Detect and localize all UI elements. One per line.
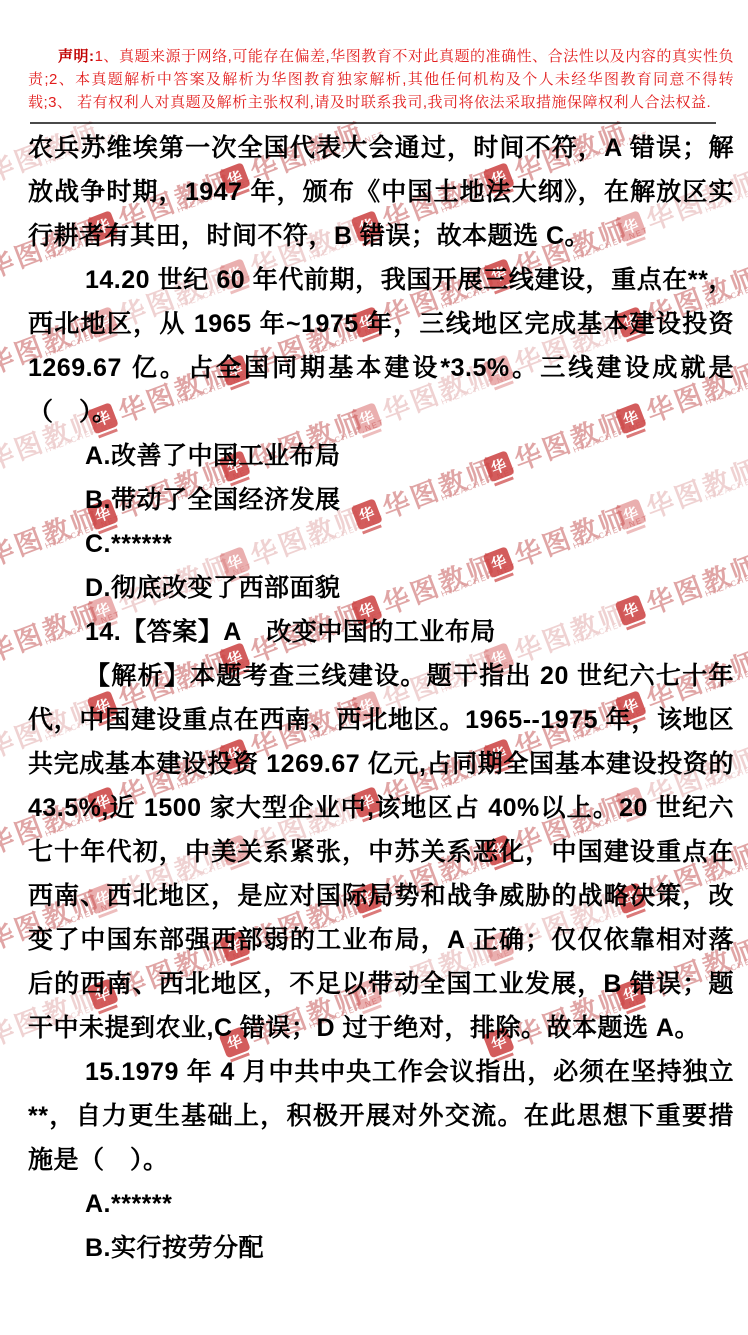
header-separator-line [30, 122, 716, 124]
document-page: 华华图教师HTEACHER.NET华华图教师HTEACHER.NET华华图教师H… [0, 0, 748, 1335]
option-15-a: A.****** [28, 1182, 734, 1226]
option-15-b: B.实行按劳分配 [28, 1226, 734, 1270]
option-14-b: B.带动了全国经济发展 [28, 478, 734, 522]
disclaimer-text: 1、真题来源于网络,可能存在偏差,华图教育不对此真题的准确性、合法性以及内容的真… [28, 48, 734, 111]
question-14: 14.20 世纪 60 年代前期，我国开展三线建设，重点在**，西北地区，从 1… [28, 258, 734, 434]
exam-analysis-body: 农兵苏维埃第一次全国代表大会通过，时间不符，A 错误；解放战争时期，1947 年… [28, 126, 734, 1270]
disclaimer: 声明:1、真题来源于网络,可能存在偏差,华图教育不对此真题的准确性、合法性以及内… [28, 45, 734, 114]
answer-14: 14.【答案】A 改变中国的工业布局 [28, 610, 734, 654]
question-15: 15.1979 年 4 月中共中央工作会议指出，必须在坚持独立**，自力更生基础… [28, 1050, 734, 1182]
analysis-14: 【解析】本题考查三线建设。题干指出 20 世纪六七十年代，中国建设重点在西南、西… [28, 654, 734, 1050]
disclaimer-label: 声明: [58, 48, 95, 65]
option-14-a: A.改善了中国工业布局 [28, 434, 734, 478]
document-content: 声明:1、真题来源于网络,可能存在偏差,华图教育不对此真题的准确性、合法性以及内… [0, 0, 748, 1270]
option-14-d: D.彻底改变了西部面貌 [28, 566, 734, 610]
q13-analysis-tail: 农兵苏维埃第一次全国代表大会通过，时间不符，A 错误；解放战争时期，1947 年… [28, 126, 734, 258]
option-14-c: C.****** [28, 522, 734, 566]
